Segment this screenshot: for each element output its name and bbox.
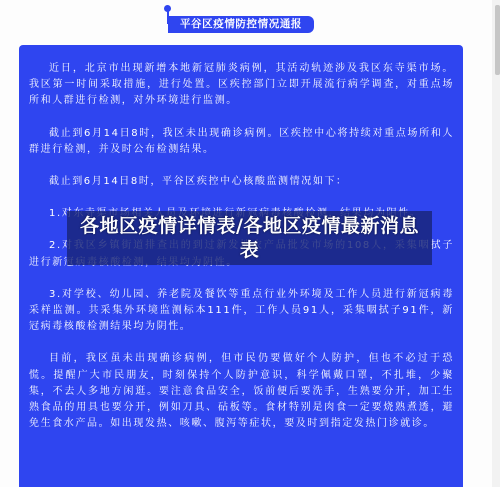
notice-title-tag: 平谷区疫情防控情况通报: [168, 16, 314, 33]
paragraph-closing: 目前，我区虽未出现确诊病例，但市民仍要做好个人防护，但也不必过于恐慌。提醒广大市…: [29, 351, 454, 432]
headline-title: 各地区疫情详情表/各地区疫情最新消息表: [80, 214, 420, 262]
paragraph-status: 截止到6月14日8时，我区未出现确诊病例。区疾控中心将持续对重点场所和人群进行检…: [29, 126, 454, 158]
list-item: 3.对学校、幼儿园、养老院及餐饮等重点行业外环境及工作人员进行新冠病毒采样监测。…: [29, 287, 454, 336]
paragraph-monitoring-header: 截止到6月14日8时，平谷区疾控中心核酸监测情况如下：: [29, 174, 454, 190]
scrollbar-thumb[interactable]: [495, 5, 500, 75]
paragraph-intro: 近日，北京市出现新增本地新冠肺炎病例，其活动轨迹涉及我区东寺渠市场。我区第一时间…: [29, 61, 454, 110]
headline-overlay: 各地区疫情详情表/各地区疫情最新消息表: [67, 211, 432, 265]
